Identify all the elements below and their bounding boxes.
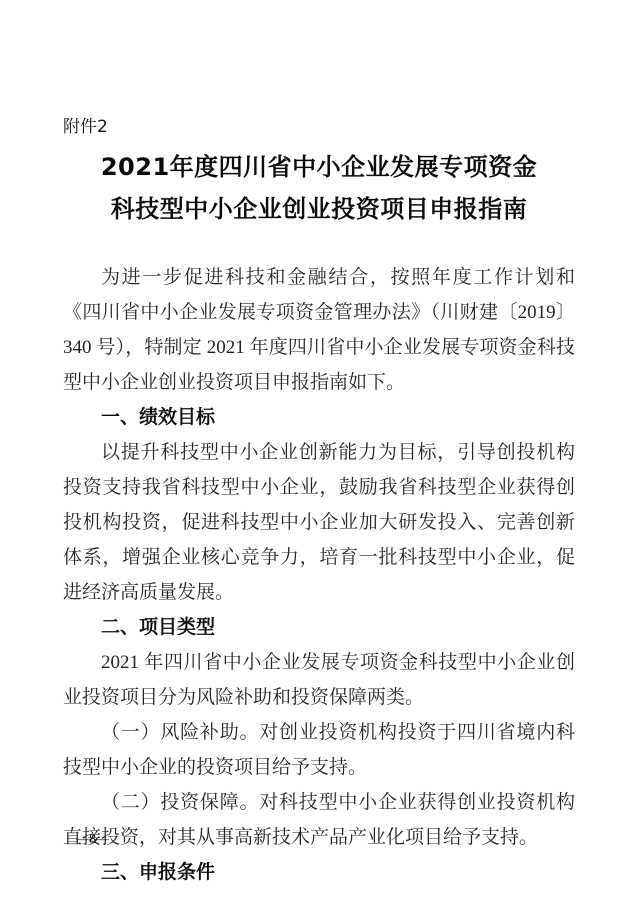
section-heading-application-conditions: 三、申报条件 (63, 855, 575, 890)
section-paragraph-investment-guarantee: （二）投资保障。对科技型中小企业获得创业投资机构直接投资，对其从事高新技术产品产… (63, 785, 575, 855)
section-paragraph-project-types-overview: 2021 年四川省中小企业发展专项资金科技型中小企业创业投资项目分为风险补助和投… (63, 645, 575, 715)
section-paragraph-performance-goals: 以提升科技型中小企业创新能力为目标，引导创投机构投资支持我省科技型中小企业，鼓励… (63, 435, 575, 610)
title-line-1: 2021年度四川省中小企业发展专项资金 (63, 146, 575, 188)
section-heading-performance-goals: 一、绩效目标 (63, 400, 575, 435)
section-paragraph-risk-subsidy: （一）风险补助。对创业投资机构投资于四川省境内科技型中小企业的投资项目给予支持。 (63, 715, 575, 785)
document-title: 2021年度四川省中小企业发展专项资金 科技型中小企业创业投资项目申报指南 (63, 146, 575, 230)
intro-paragraph: 为进一步促进科技和金融结合，按照年度工作计划和《四川省中小企业发展专项资金管理办… (63, 260, 575, 400)
section-heading-project-types: 二、项目类型 (63, 610, 575, 645)
document-body: 为进一步促进科技和金融结合，按照年度工作计划和《四川省中小企业发展专项资金管理办… (63, 260, 575, 890)
title-line-2: 科技型中小企业创业投资项目申报指南 (63, 188, 575, 230)
document-content: 附件2 2021年度四川省中小企业发展专项资金 科技型中小企业创业投资项目申报指… (63, 116, 575, 890)
document-page: 附件2 2021年度四川省中小企业发展专项资金 科技型中小企业创业投资项目申报指… (0, 0, 636, 900)
attachment-label: 附件2 (63, 116, 575, 138)
page-number: —8— (76, 832, 108, 848)
